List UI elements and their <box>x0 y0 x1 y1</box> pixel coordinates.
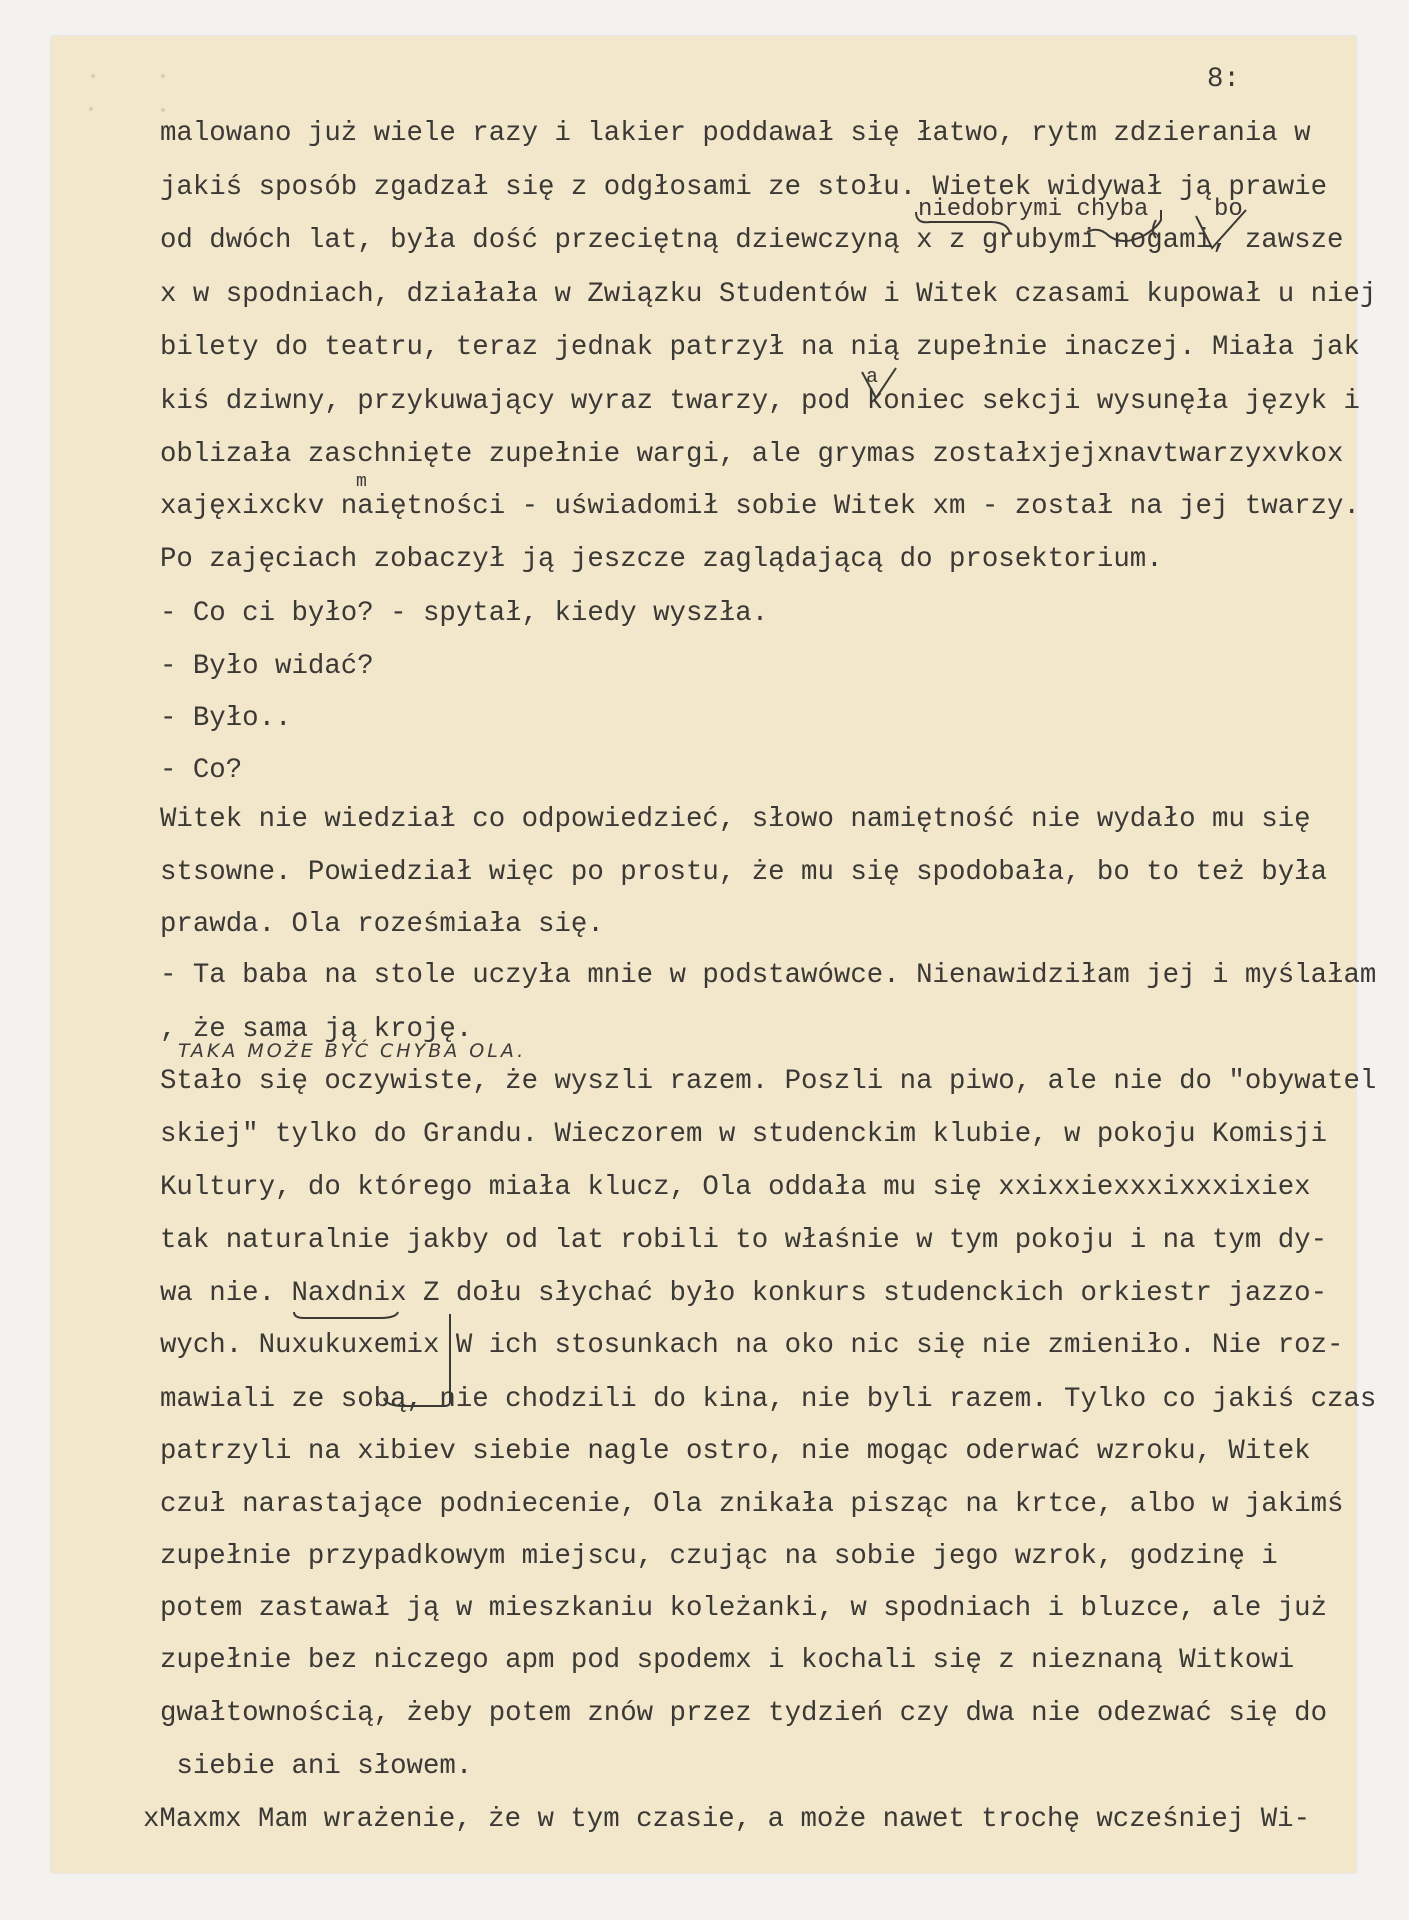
text-line: kiś dziwny, przykuwający wyraz twarzy, p… <box>160 386 1360 418</box>
text-line: siebie ani słowem. <box>160 1751 472 1783</box>
text-line: - Ta baba na stole uczyła mnie w podstaw… <box>160 960 1376 992</box>
text-line: wa nie. Naxdnix Z dołu słychać było konk… <box>160 1278 1327 1310</box>
text-line: jakiś sposób zgadzał się z odgłosami ze … <box>160 172 1327 204</box>
text-line: zupełnie bez niczego apm pod spodemx i k… <box>160 1645 1294 1677</box>
text-line: Po zajęciach zobaczył ją jeszcze zagląda… <box>160 544 1163 576</box>
text-line: zupełnie przypadkowym miejscu, czując na… <box>160 1541 1278 1573</box>
text-line: stsowne. Powiedział więc po prostu, że m… <box>160 857 1327 889</box>
text-line: potem zastawał ją w mieszkaniu koleżanki… <box>160 1593 1327 1625</box>
text-line: xajęxixckv naiętności - uświadomił sobie… <box>160 491 1360 523</box>
text-line: oblizała zaschnięte zupełnie wargi, ale … <box>160 439 1343 471</box>
text-line: malowano już wiele razy i lakier poddawa… <box>160 118 1311 150</box>
text-line: patrzyli na xibiev siebie nagle ostro, n… <box>160 1436 1311 1468</box>
text-line: Kultury, do którego miała klucz, Ola odd… <box>160 1172 1311 1204</box>
text-line: xMaxmx Mam wrażenie, że w tym czasie, a … <box>143 1804 1310 1836</box>
text-line: Stało się oczywiste, że wyszli razem. Po… <box>160 1066 1376 1098</box>
insertion-annotation: niedobrymi chyba <box>918 196 1148 223</box>
text-line: czuł narastające podniecenie, Ola znikał… <box>160 1489 1343 1521</box>
text-line: tak naturalnie jakby od lat robili to wł… <box>160 1225 1327 1257</box>
page-number: 8: <box>1207 64 1240 95</box>
text-line: - Co ci było? - spytał, kiedy wyszła. <box>160 598 768 630</box>
insertion-annotation: m <box>356 472 367 492</box>
text-line: gwałtownością, żeby potem znów przez tyd… <box>160 1698 1327 1730</box>
text-line: - Było widać? <box>160 651 374 683</box>
text-line: prawda. Ola roześmiała się. <box>160 909 604 941</box>
text-line: wych. Nuxukuxemix W ich stosunkach na ok… <box>160 1330 1343 1362</box>
insertion-annotation: bo <box>1214 196 1243 223</box>
text-line: mawiali ze sobą, nie chodzili do kina, n… <box>160 1384 1376 1416</box>
punch-hole <box>161 74 165 78</box>
handwritten-note: TAKA MOŻE BYĆ CHYBA OLA. <box>178 1040 526 1062</box>
text-line: - Co? <box>160 755 242 787</box>
text-line: bilety do teatru, teraz jednak patrzył n… <box>160 332 1360 364</box>
punch-hole <box>161 108 165 112</box>
text-line: od dwóch lat, była dość przeciętną dziew… <box>160 225 1343 257</box>
text-line: skiej" tylko do Grandu. Wieczorem w stud… <box>160 1119 1327 1151</box>
text-line: - Było.. <box>160 703 292 735</box>
punch-hole <box>91 74 95 78</box>
text-line: x w spodniach, działała w Związku Studen… <box>160 279 1376 311</box>
punch-hole <box>89 107 93 111</box>
text-line: Witek nie wiedział co odpowiedzieć, słow… <box>160 804 1311 836</box>
